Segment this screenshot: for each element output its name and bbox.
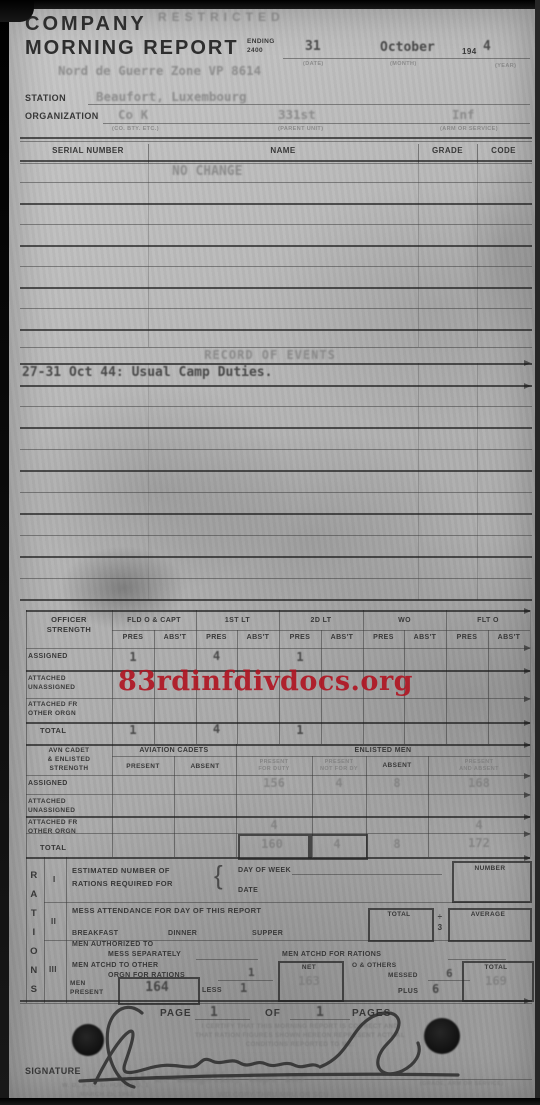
rule-line-vertical [477, 163, 478, 347]
column-name: NAME [148, 147, 418, 156]
column-grade: GRADE [418, 147, 477, 156]
rule-line [20, 141, 532, 142]
sub-label-month: (MONTH) [390, 61, 417, 67]
rations-numeral-3: III [49, 966, 57, 975]
col-av-present: PRESENT [112, 763, 174, 770]
column-serial-number: SERIAL NUMBER [28, 147, 148, 156]
rations-total-box-label: TOTAL [462, 964, 530, 971]
subcol-pres: PRES [363, 634, 404, 642]
sub-label-parent: (PARENT UNIT) [278, 126, 323, 132]
cadet-strength-corner: AVN CADET & ENLISTED STRENGTH [26, 746, 112, 773]
ending-2400-label: ENDING 2400 [247, 37, 275, 55]
net-box-label: NET [278, 964, 340, 971]
signature-scrawl [50, 995, 480, 1095]
day-of-week-label: DAY OF WEEK [238, 867, 291, 875]
rule-line [448, 959, 506, 960]
cadet-attfr-pfd: 4 [236, 819, 312, 832]
rule-line-vertical [174, 756, 175, 857]
col-en-absent: ABSENT [366, 762, 428, 769]
rule-line [20, 599, 532, 601]
rule-line [20, 406, 532, 407]
average-box-label: AVERAGE [448, 911, 528, 918]
men-atchd-other-line1: MEN ATCHD TO OTHER [72, 962, 158, 970]
men-atchd-for-rations-label: MEN ATCHD FOR RATIONS [282, 951, 381, 959]
station-label: STATION [25, 93, 66, 103]
rule-line [26, 816, 530, 818]
photo-edge-bottom [0, 1098, 540, 1105]
rule-line [20, 224, 532, 225]
cadet-total-pnfd: 4 [310, 838, 364, 851]
row-label-assigned: ASSIGNED [28, 780, 68, 788]
year-printed: 194 [462, 48, 477, 57]
divide-by-three: ÷ 3 [434, 911, 446, 933]
less-value: 1 [240, 982, 247, 995]
men-atchd-other-value: 1 [248, 967, 255, 979]
rule-line [20, 160, 532, 162]
rule-line-vertical [530, 610, 531, 744]
photo-edge-top [0, 0, 540, 9]
rule-line [20, 182, 532, 183]
net-value: 163 [278, 975, 340, 988]
officer-assigned-2dlt-pres: 1 [279, 651, 321, 664]
rule-line [20, 287, 532, 289]
rule-line [20, 513, 532, 515]
zone-coordinates: Nord de Guerre Zone VP 8614 [58, 64, 261, 77]
photo-edge-left [0, 0, 9, 1105]
number-box-label: NUMBER [452, 865, 528, 872]
rule-line [20, 578, 532, 579]
rule-line-vertical [44, 857, 45, 1003]
officer-total-fldo-pres: 1 [112, 724, 154, 737]
subcol-abst: ABS'T [488, 634, 530, 642]
date-year-value: 4 [483, 40, 491, 54]
rule-line [20, 137, 532, 139]
sub-label-unit: (CO. BTY. ETC.) [112, 126, 159, 132]
group-enlisted-men: ENLISTED MEN [236, 747, 530, 755]
estimated-rations-line1: ESTIMATED NUMBER OF [72, 867, 170, 875]
men-authorized-line2: MESS SEPARATELY [108, 951, 181, 959]
dinner-label: DINNER [168, 930, 197, 938]
cadet-total-absent: 8 [366, 838, 428, 851]
rule-line [26, 794, 530, 795]
rule-line [88, 104, 530, 105]
organization-parent-value: 331st [278, 108, 316, 121]
rule-line-vertical [530, 744, 531, 857]
cadet-assigned-absent: 8 [366, 777, 428, 790]
supper-label: SUPPER [252, 930, 283, 938]
officer-assigned-fldo-pres: 1 [112, 651, 154, 664]
rule-line [283, 58, 530, 59]
scanned-morning-report: RESTRICTED COMPANY MORNING REPORT ENDING… [0, 0, 540, 1105]
rations-numeral-2: II [51, 918, 56, 927]
rule-line-vertical [66, 857, 67, 1003]
rule-line [196, 959, 258, 960]
rule-line-vertical [112, 744, 113, 857]
organization-arm-value: Inf [452, 108, 475, 121]
officer-assigned-1stlt-pres: 4 [196, 650, 237, 663]
row-label-attached-unassigned: ATTACHED UNASSIGNED [28, 674, 75, 692]
rule-line-vertical [148, 163, 149, 347]
rule-line-vertical [148, 363, 149, 600]
rule-line [112, 756, 530, 757]
group-aviation-cadets: AVIATION CADETS [112, 747, 236, 755]
group-wo: WO [363, 617, 446, 625]
rule-line [20, 329, 532, 331]
punch-hole-right [424, 1018, 460, 1054]
subcol-abst: ABS'T [321, 634, 363, 642]
o-and-others-line1: O & OTHERS [352, 962, 396, 969]
brace-glyph: { [214, 861, 223, 890]
rule-line [20, 492, 532, 493]
rule-line [20, 245, 532, 247]
row-label-total: TOTAL [40, 727, 66, 735]
restricted-stamp: RESTRICTED [158, 11, 285, 24]
subcol-pres: PRES [279, 634, 321, 642]
subcol-abst: ABS'T [154, 634, 196, 642]
cadet-assigned-pfd: 156 [236, 777, 312, 790]
o-and-others-value: 6 [446, 968, 453, 980]
organization-label: ORGANIZATION [25, 111, 99, 121]
men-present-value: 164 [118, 981, 196, 995]
o-and-others-line2: MESSED [388, 972, 418, 979]
rule-line [26, 610, 530, 612]
rule-line [20, 427, 532, 429]
sub-label-arm: (ARM OR SERVICE) [440, 126, 498, 132]
date-label: DATE [238, 887, 258, 895]
officer-strength-corner: OFFICER STRENGTH [26, 615, 112, 635]
plus-value: 6 [432, 983, 439, 996]
rule-line [20, 385, 532, 387]
col-present-not-for-dy: PRESENT NOT FOR DY [312, 759, 366, 773]
rule-line [20, 203, 532, 205]
photo-corner-dark [0, 0, 34, 22]
rule-line [20, 470, 532, 472]
rule-line-vertical [418, 163, 419, 347]
cadet-total-pfd: 160 [238, 838, 306, 851]
rule-line [26, 698, 530, 699]
watermark-83rdinfdivdocs: 83rdinfdivdocs.org [118, 666, 413, 697]
roster-entry-no-change: NO CHANGE [172, 165, 242, 179]
rations-side-label: R A T I O N S [27, 866, 41, 999]
breakfast-label: BREAKFAST [72, 930, 118, 938]
rations-total-value: 169 [462, 975, 530, 988]
officer-total-1stlt-pres: 4 [196, 723, 237, 736]
rule-line [20, 308, 532, 309]
punch-hole-left [72, 1024, 104, 1056]
rule-line [20, 449, 532, 450]
estimated-rations-line2: RATIONS REQUIRED FOR [72, 880, 173, 888]
rule-line [20, 266, 532, 267]
less-label: LESS [202, 987, 222, 995]
total-box-label: TOTAL [368, 911, 430, 918]
row-label-attached-fr-other: ATTACHED FR OTHER ORGN [28, 700, 78, 718]
group-fldo-capt: FLD O & CAPT [112, 617, 196, 625]
rule-line [103, 123, 530, 124]
subcol-abst: ABS'T [404, 634, 446, 642]
subcol-pres: PRES [112, 634, 154, 642]
rule-line-vertical [477, 363, 478, 600]
rule-line [26, 648, 530, 649]
row-label-total: TOTAL [40, 844, 66, 852]
group-1st-lt: 1ST LT [196, 617, 279, 625]
column-code: CODE [477, 147, 530, 156]
rule-line [292, 874, 442, 875]
station-value: Beaufort, Luxembourg [96, 90, 247, 103]
row-label-attached-fr-other: ATTACHED FR OTHER ORGN [28, 818, 78, 836]
col-present-and-absent: PRESENT AND ABSENT [428, 759, 530, 773]
sub-label-date: (DATE) [303, 61, 324, 67]
row-label-attached-unassigned: ATTACHED UNASSIGNED [28, 797, 75, 815]
cadet-attfr-pa: 4 [428, 819, 530, 832]
form-title-line2: MORNING REPORT [25, 37, 239, 59]
rule-line [112, 630, 530, 631]
row-label-assigned: ASSIGNED [28, 653, 68, 661]
record-of-events-entry: 27-31 Oct 44: Usual Camp Duties. [22, 366, 272, 380]
rule-line [20, 535, 532, 536]
rule-line-vertical [418, 363, 419, 600]
rations-numeral-1: I [53, 876, 56, 885]
rule-line [20, 556, 532, 558]
sub-label-year: (YEAR) [495, 63, 516, 69]
col-present-for-duty: PRESENT FOR DUTY [236, 759, 312, 773]
cadet-assigned-pnfd: 4 [312, 777, 366, 790]
subcol-pres: PRES [196, 634, 237, 642]
group-2d-lt: 2D LT [279, 617, 363, 625]
date-month-value: October [380, 41, 435, 55]
cadet-assigned-pa: 168 [428, 777, 530, 790]
subcol-pres: PRES [446, 634, 488, 642]
form-title-line1: COMPANY [25, 13, 147, 35]
col-av-absent: ABSENT [174, 763, 236, 770]
subcol-abst: ABS'T [237, 634, 279, 642]
officer-total-2dlt-pres: 1 [279, 724, 321, 737]
date-day-value: 31 [305, 40, 321, 54]
men-authorized-line1: MEN AUTHORIZED TO [72, 941, 153, 949]
organization-unit-value: Co K [118, 108, 148, 121]
photo-edge-right [535, 0, 540, 1105]
mess-attendance-line: MESS ATTENDANCE FOR DAY OF THIS REPORT [72, 907, 261, 915]
cadet-total-pa: 172 [428, 837, 530, 850]
group-flt-o: FLT O [446, 617, 530, 625]
rule-line [26, 722, 530, 724]
rule-line [20, 163, 532, 164]
record-of-events-title: RECORD OF EVENTS [0, 349, 540, 362]
